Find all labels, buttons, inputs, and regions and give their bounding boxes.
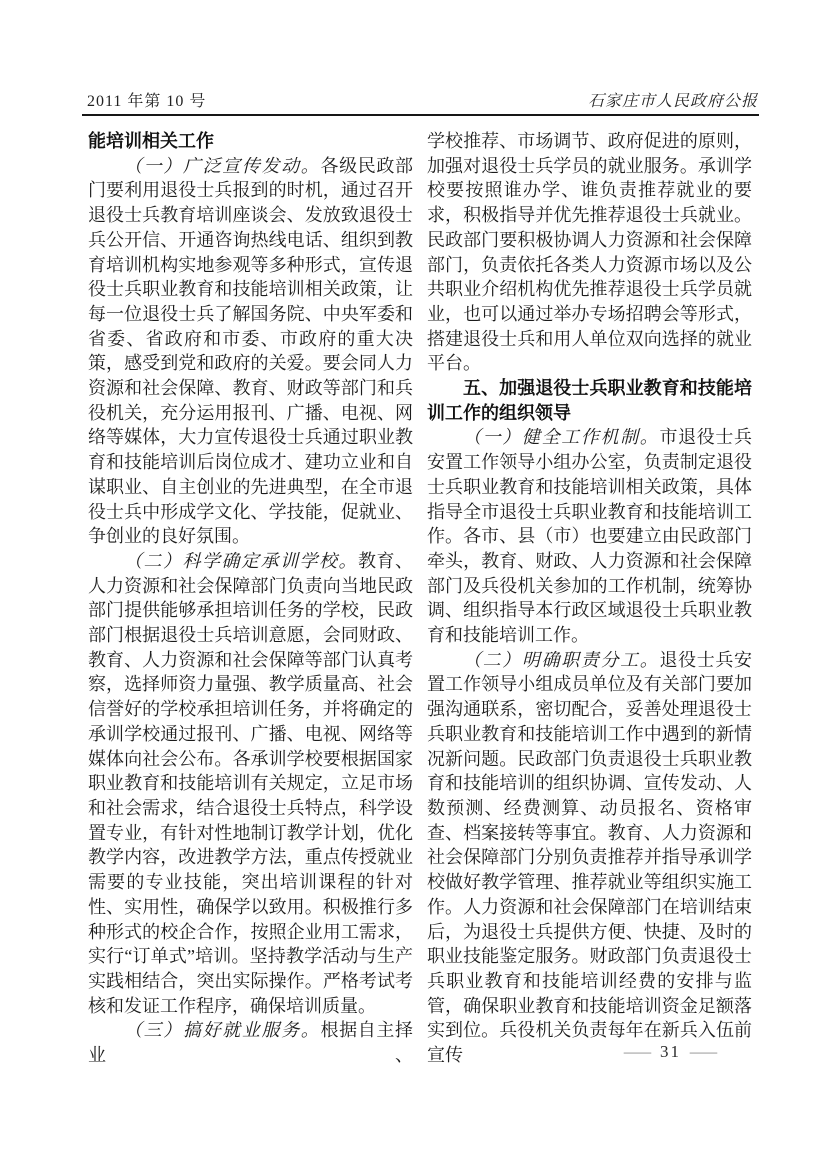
footer-dash-left: — (624, 1041, 651, 1063)
paragraph-lead: （一）广泛宣传发动。 (124, 156, 320, 176)
header-issue-number: 2011 年第 10 号 (87, 92, 206, 112)
paragraph: （三）搞好就业服务。根据自主择业、 (88, 1018, 413, 1067)
paragraph: （一）广泛宣传发动。各级民政部门要利用退役士兵报到的时机，通过召开退役士兵教育培… (88, 154, 413, 549)
paragraph-text: 各级民政部门要利用退役士兵报到的时机，通过召开退役士兵教育培训座谈会、发放致退役… (88, 156, 413, 547)
paragraph-continuation: 学校推荐、市场调节、政府促进的原则，加强对退役士兵学员的就业服务。承训学校要按照… (427, 129, 752, 376)
section-heading-continued: 能培训相关工作 (88, 129, 413, 154)
paragraph: （一）健全工作机制。市退役士兵安置工作领导小组办公室，负责制定退役士兵职业教育和… (427, 425, 752, 647)
paragraph-text: 市退役士兵安置工作领导小组办公室，负责制定退役士兵职业教育和技能培训相关政策，具… (427, 427, 752, 645)
paragraph-text: 教育、人力资源和社会保障部门负责向当地民政部门提供能够承担培训任务的学校，民政部… (88, 551, 413, 1016)
paragraph: （二）科学确定承训学校。教育、人力资源和社会保障部门负责向当地民政部门提供能够承… (88, 549, 413, 1018)
document-page: 2011 年第 10 号 石家庄市人民政府公报 能培训相关工作 （一）广泛宣传发… (0, 0, 826, 1169)
paragraph: （二）明确职责分工。退役士兵安置工作领导小组成员单位及有关部门要加强沟通联系，密… (427, 648, 752, 1068)
page-number: 31 (660, 1042, 681, 1061)
paragraph-lead: （一）健全工作机制。 (463, 427, 659, 447)
footer-dash-right: — (690, 1041, 717, 1063)
text-column-left: 能培训相关工作 （一）广泛宣传发动。各级民政部门要利用退役士兵报到的时机，通过召… (88, 129, 413, 1068)
header-rule (82, 114, 759, 116)
text-column-right: 学校推荐、市场调节、政府促进的原则，加强对退役士兵学员的就业服务。承训学校要按照… (427, 129, 752, 1068)
paragraph-lead: （三）搞好就业服务。 (124, 1020, 320, 1040)
header-publication-title: 石家庄市人民政府公报 (588, 92, 758, 112)
section-heading: 五、加强退役士兵职业教育和技能培训工作的组织领导 (427, 376, 752, 425)
paragraph-text: 学校推荐、市场调节、政府促进的原则，加强对退役士兵学员的就业服务。承训学校要按照… (427, 131, 752, 373)
paragraph-lead: （二）明确职责分工。 (463, 650, 659, 670)
paragraph-lead: （二）科学确定承训学校。 (124, 551, 358, 571)
page-footer: —31— (615, 1041, 726, 1063)
paragraph-text: 退役士兵安置工作领导小组成员单位及有关部门要加强沟通联系，密切配合，妥善处理退役… (427, 650, 752, 1065)
